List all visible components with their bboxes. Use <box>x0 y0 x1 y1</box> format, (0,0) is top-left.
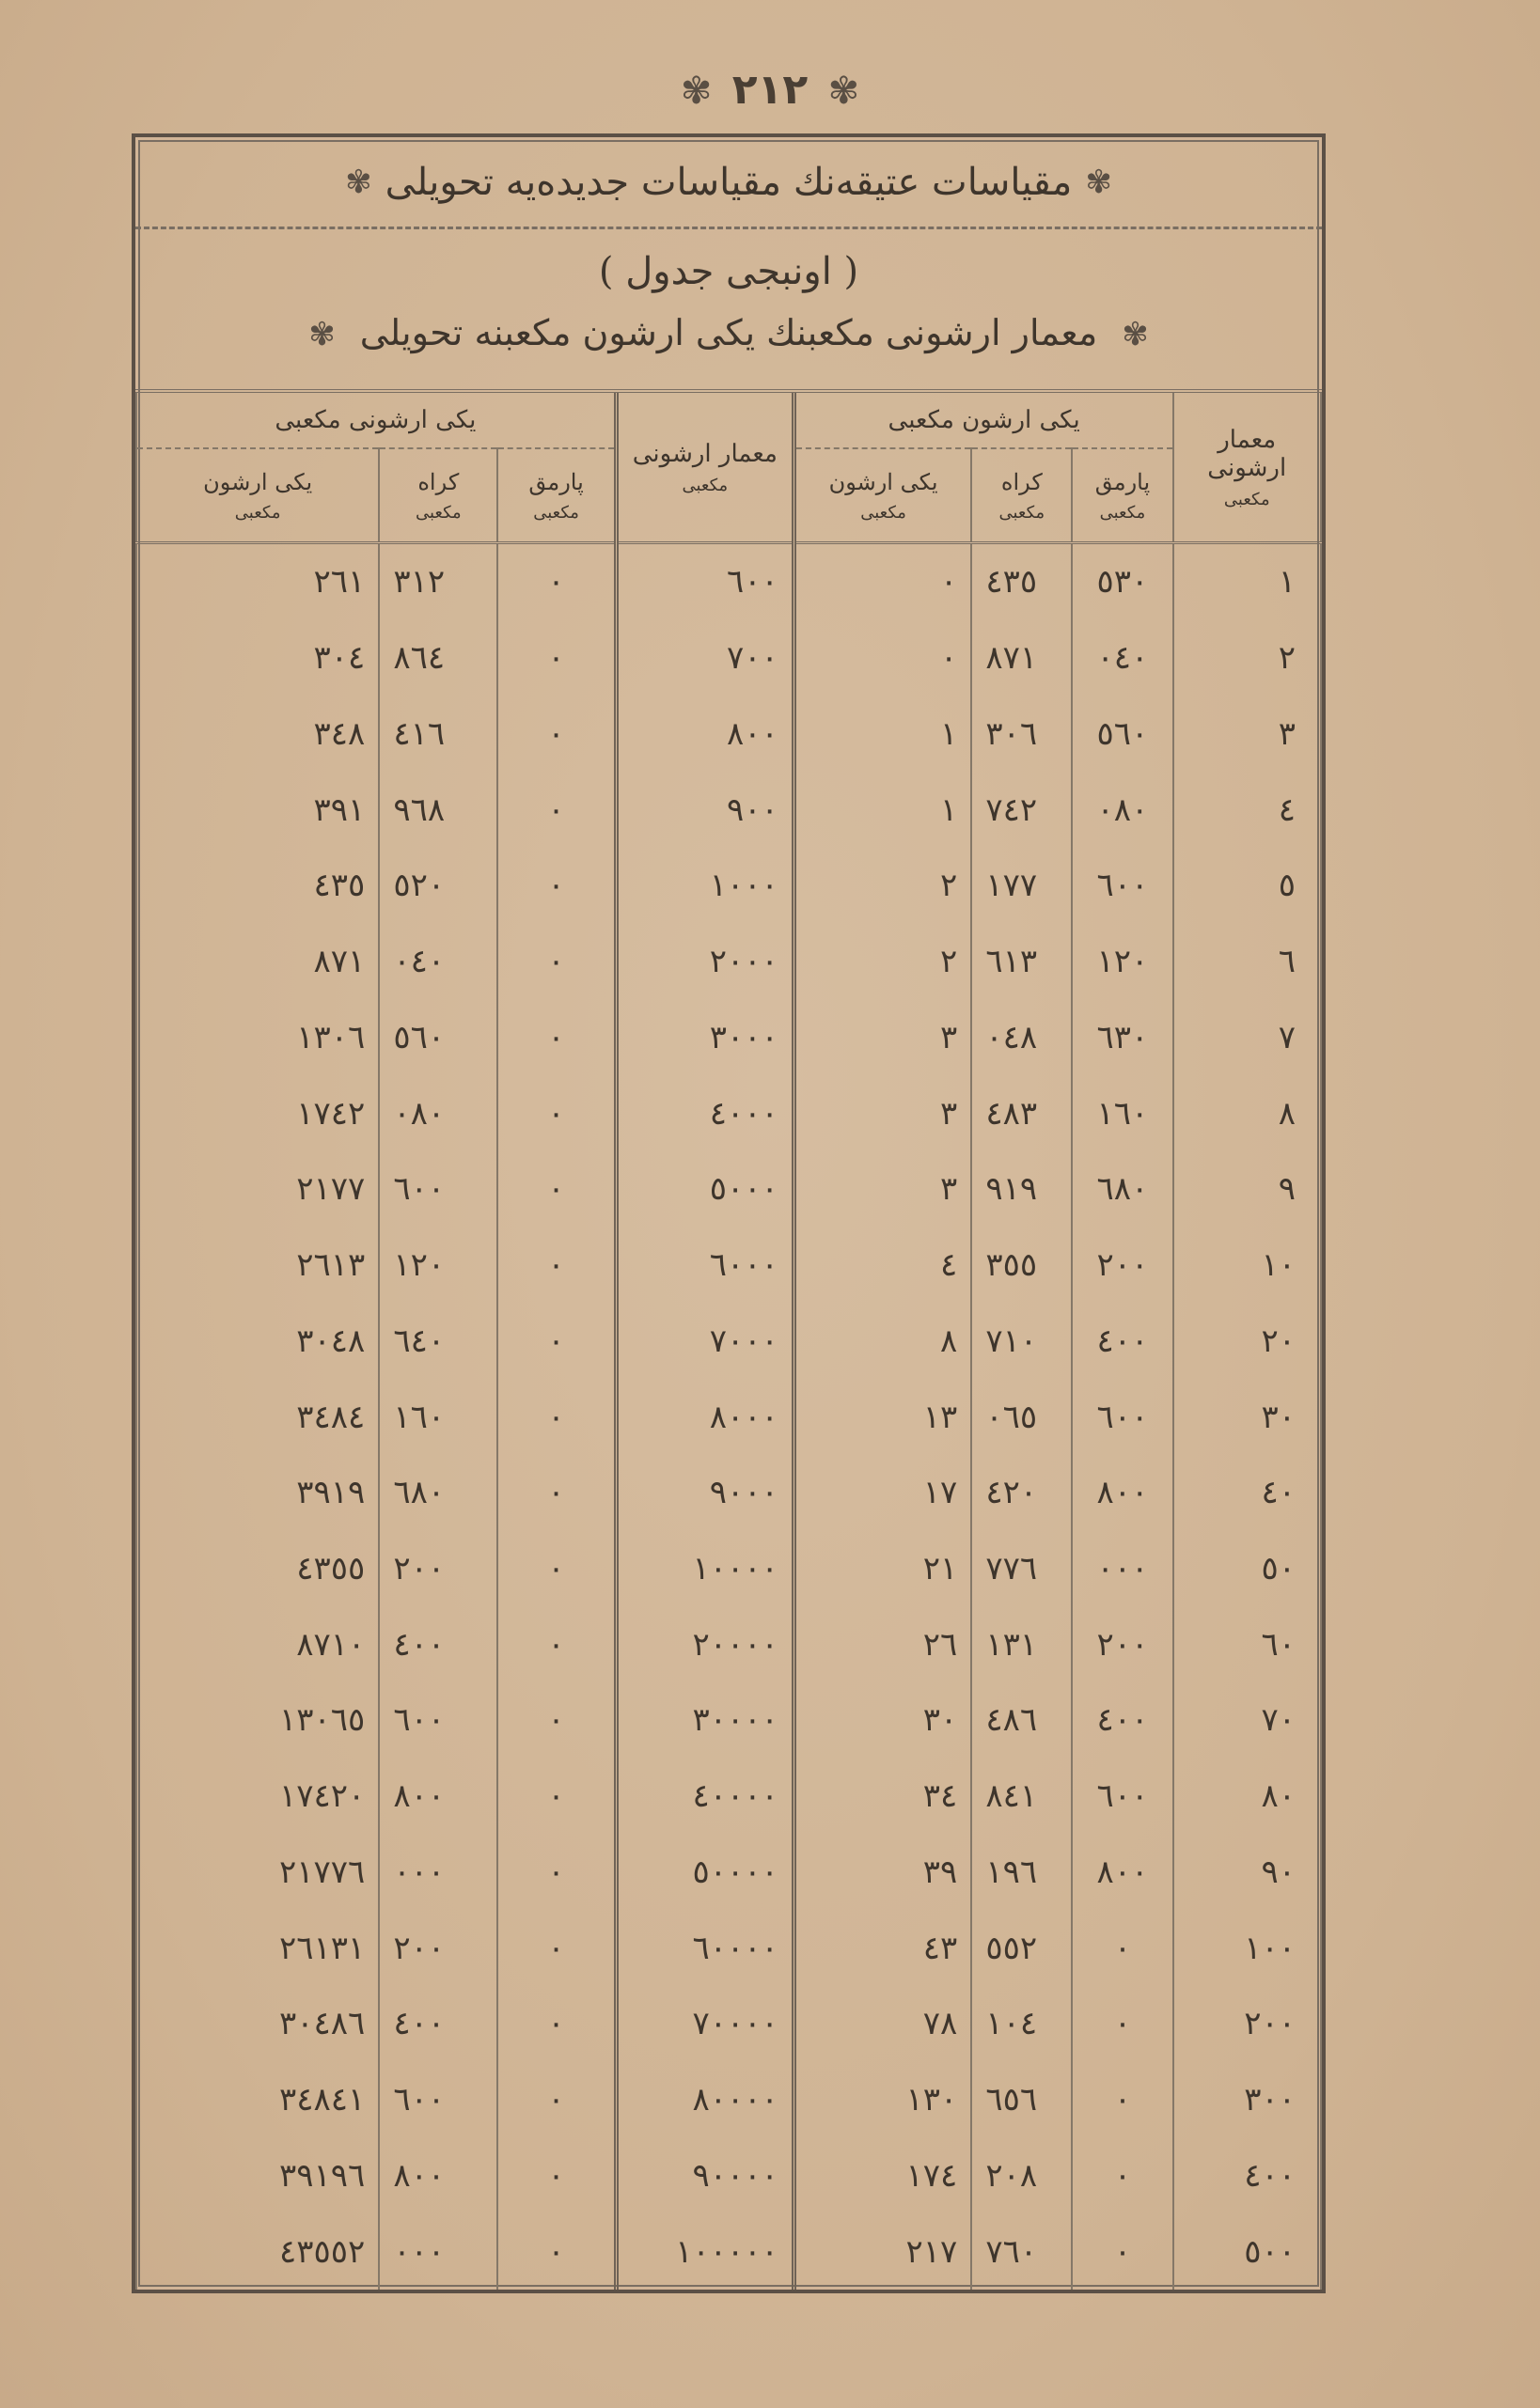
cell-right-arshin: ٢١ <box>794 1531 971 1607</box>
cell-right-arshin: ٤٣ <box>794 1910 971 1986</box>
cell-right-kerah: ٤٣٥ <box>971 543 1072 620</box>
cell-right-source: ٩٠ <box>1173 1835 1322 1911</box>
table-row: ٧٠ ٤٠٠ ٤٨٦ ٣٠ ٣٠٠٠٠ ٠ ٦٠٠ ١٣٠٦٥ <box>136 1682 1321 1759</box>
cell-right-source: ٤٠ <box>1173 1455 1322 1531</box>
cell-left-kerah: ٣١٢ <box>379 543 497 620</box>
cell-right-parmak: ١٦٠ <box>1072 1075 1172 1151</box>
table-row: ٢ ٠٤٠ ٨٧١ ٠ ٧٠٠ ٠ ٨٦٤ ٣٠٤ <box>136 620 1321 696</box>
cell-right-kerah: ٣٠٦ <box>971 696 1072 773</box>
cell-right-source: ٣٠ <box>1173 1379 1322 1455</box>
cell-left-kerah: ١٢٠ <box>379 1227 497 1304</box>
cell-left-parmak: ٠ <box>497 2137 616 2213</box>
table-row: ٤٠٠ ٠ ٢٠٨ ١٧٤ ٩٠٠٠٠ ٠ ٨٠٠ ٣٩١٩٦ <box>136 2137 1321 2213</box>
header-left-source: معمار ارشونى مكعبى <box>616 393 794 543</box>
cell-left-parmak: ٠ <box>497 543 616 620</box>
cell-left-arshin: ٢٦١٣١ <box>136 1910 379 1986</box>
header-left-kerah: كراه مكعبى <box>379 448 497 543</box>
cell-left-parmak: ٠ <box>497 848 616 924</box>
cell-left-parmak: ٠ <box>497 924 616 1000</box>
cell-right-arshin: ١٧ <box>794 1455 971 1531</box>
cell-right-parmak: ٠ <box>1072 2213 1172 2290</box>
table-body: ١ ٥٣٠ ٤٣٥ ٠ ٦٠٠ ٠ ٣١٢ ٢٦١ ٢ ٠٤٠ ٨٧١ ٠ ٧٠… <box>136 543 1321 2291</box>
cell-right-source: ٢ <box>1173 620 1322 696</box>
table-row: ٥ ٦٠٠ ١٧٧ ٢ ١٠٠٠ ٠ ٥٢٠ ٤٣٥ <box>136 848 1321 924</box>
table-row: ٤٠ ٨٠٠ ٤٢٠ ١٧ ٩٠٠٠ ٠ ٦٨٠ ٣٩١٩ <box>136 1455 1321 1531</box>
cell-right-kerah: ٦٥٦ <box>971 2062 1072 2138</box>
book-page: ✾ ٢١٢ ✾ ✾ مقياسات عتيقه‌نك مقياسات جديده… <box>0 0 1540 2408</box>
cell-right-arshin: ١٧٤ <box>794 2137 971 2213</box>
cell-left-kerah: ٥٦٠ <box>379 999 497 1075</box>
cell-left-arshin: ٤٣٥٥٢ <box>136 2213 379 2290</box>
cell-left-source: ٧٠٠٠ <box>616 1303 794 1379</box>
cell-right-arshin: ٣ <box>794 1075 971 1151</box>
cell-left-source: ٩٠٠٠٠ <box>616 2137 794 2213</box>
cell-right-parmak: ٥٦٠ <box>1072 696 1172 773</box>
cell-right-parmak: ٦٨٠ <box>1072 1151 1172 1227</box>
ornament-icon: ✾ <box>1108 316 1162 353</box>
table-row: ٧ ٦٣٠ ٠٤٨ ٣ ٣٠٠٠ ٠ ٥٦٠ ١٣٠٦ <box>136 999 1321 1075</box>
cell-right-parmak: ١٢٠ <box>1072 924 1172 1000</box>
page-number-text: ٢١٢ <box>732 66 809 114</box>
cell-right-parmak: ٨٠٠ <box>1072 1835 1172 1911</box>
table-row: ٤ ٠٨٠ ٧٤٢ ١ ٩٠٠ ٠ ٩٦٨ ٣٩١ <box>136 772 1321 848</box>
cell-right-kerah: ٧٦٠ <box>971 2213 1072 2290</box>
cell-right-kerah: ٣٥٥ <box>971 1227 1072 1304</box>
cell-right-source: ٧ <box>1173 999 1322 1075</box>
cell-left-parmak: ٠ <box>497 1682 616 1759</box>
cell-left-parmak: ٠ <box>497 1379 616 1455</box>
cell-left-parmak: ٠ <box>497 1151 616 1227</box>
cell-right-parmak: ٠ <box>1072 2137 1172 2213</box>
title-band: ✾ مقياسات عتيقه‌نك مقياسات جديده‌يه تحوي… <box>135 137 1322 229</box>
cell-left-source: ٧٠٠ <box>616 620 794 696</box>
header-left-group: يكى ارشونى مكعبى <box>136 393 616 448</box>
cell-right-kerah: ٩١٩ <box>971 1151 1072 1227</box>
cell-left-parmak: ٠ <box>497 1531 616 1607</box>
table-description-text: معمار ارشونى مكعبنك يكى ارشون مكعبنه تحو… <box>360 312 1097 353</box>
cell-right-kerah: ٠٤٨ <box>971 999 1072 1075</box>
cell-left-kerah: ٠٠٠ <box>379 1835 497 1911</box>
table-row: ٣ ٥٦٠ ٣٠٦ ١ ٨٠٠ ٠ ٤١٦ ٣٤٨ <box>136 696 1321 773</box>
cell-right-parmak: ٠ <box>1072 2062 1172 2138</box>
cell-right-arshin: ٨ <box>794 1303 971 1379</box>
cell-right-arshin: ٧٨ <box>794 1986 971 2062</box>
page-title: مقياسات عتيقه‌نك مقياسات جديده‌يه تحويلى <box>385 161 1073 204</box>
cell-left-source: ١٠٠٠ <box>616 848 794 924</box>
cell-right-source: ٢٠ <box>1173 1303 1322 1379</box>
cell-right-source: ٢٠٠ <box>1173 1986 1322 2062</box>
cell-right-arshin: ٣ <box>794 1151 971 1227</box>
table-row: ٣٠٠ ٠ ٦٥٦ ١٣٠ ٨٠٠٠٠ ٠ ٦٠٠ ٣٤٨٤١ <box>136 2062 1321 2138</box>
cell-right-kerah: ١٩٦ <box>971 1835 1072 1911</box>
cell-left-source: ٥٠٠٠ <box>616 1151 794 1227</box>
cell-right-arshin: ٣٩ <box>794 1835 971 1911</box>
cell-right-source: ١٠٠ <box>1173 1910 1322 1986</box>
cell-left-kerah: ٤٠٠ <box>379 1986 497 2062</box>
cell-right-source: ٣٠٠ <box>1173 2062 1322 2138</box>
cell-left-source: ٨٠٠٠ <box>616 1379 794 1455</box>
cell-left-source: ٣٠٠٠٠ <box>616 1682 794 1759</box>
cell-left-arshin: ٢١٧٧ <box>136 1151 379 1227</box>
cell-right-parmak: ٠٤٠ <box>1072 620 1172 696</box>
cell-right-source: ٤٠٠ <box>1173 2137 1322 2213</box>
cell-right-parmak: ٨٠٠ <box>1072 1455 1172 1531</box>
table-row: ٦ ١٢٠ ٦١٣ ٢ ٢٠٠٠ ٠ ٠٤٠ ٨٧١ <box>136 924 1321 1000</box>
cell-left-source: ١٠٠٠٠ <box>616 1531 794 1607</box>
cell-left-arshin: ١٣٠٦ <box>136 999 379 1075</box>
conversion-table: معمار ارشونى مكعبى يكى ارشون مكعبى معمار… <box>135 393 1322 2290</box>
subtitle-band: ( اونبجى جدول ) ✾ معمار ارشونى مكعبنك يك… <box>135 229 1322 393</box>
cell-left-parmak: ٠ <box>497 2213 616 2290</box>
table-row: ٩٠ ٨٠٠ ١٩٦ ٣٩ ٥٠٠٠٠ ٠ ٠٠٠ ٢١٧٧٦ <box>136 1835 1321 1911</box>
header-right-source: معمار ارشونى مكعبى <box>1173 393 1322 543</box>
ornament-icon: ✾ <box>823 70 866 113</box>
cell-right-arshin: ٢٦ <box>794 1606 971 1682</box>
cell-left-arshin: ١٧٤٢ <box>136 1075 379 1151</box>
cell-left-parmak: ٠ <box>497 1227 616 1304</box>
cell-right-arshin: ١ <box>794 696 971 773</box>
cell-left-kerah: ٢٠٠ <box>379 1910 497 1986</box>
cell-left-kerah: ٨٦٤ <box>379 620 497 696</box>
table-row: ١٠٠ ٠ ٥٥٢ ٤٣ ٦٠٠٠٠ ٠ ٢٠٠ ٢٦١٣١ <box>136 1910 1321 1986</box>
cell-left-source: ٢٠٠٠ <box>616 924 794 1000</box>
cell-right-kerah: ٢٠٨ <box>971 2137 1072 2213</box>
cell-left-parmak: ٠ <box>497 620 616 696</box>
cell-left-parmak: ٠ <box>497 1835 616 1911</box>
header-right-arshin: يكى ارشون مكعبى <box>794 448 971 543</box>
cell-left-parmak: ٠ <box>497 1303 616 1379</box>
table-row: ٣٠ ٦٠٠ ٠٦٥ ١٣ ٨٠٠٠ ٠ ١٦٠ ٣٤٨٤ <box>136 1379 1321 1455</box>
cell-right-arshin: ٢١٧ <box>794 2213 971 2290</box>
cell-left-kerah: ٦٠٠ <box>379 1151 497 1227</box>
cell-left-arshin: ٣٤٨ <box>136 696 379 773</box>
cell-right-kerah: ٠٦٥ <box>971 1379 1072 1455</box>
header-right-kerah: كراه مكعبى <box>971 448 1072 543</box>
cell-left-arshin: ٢٦١ <box>136 543 379 620</box>
cell-left-arshin: ٣٩١٩ <box>136 1455 379 1531</box>
cell-right-source: ٧٠ <box>1173 1682 1322 1759</box>
cell-left-parmak: ٠ <box>497 1606 616 1682</box>
cell-left-source: ٨٠٠ <box>616 696 794 773</box>
cell-left-arshin: ٣٤٨٤١ <box>136 2062 379 2138</box>
ornament-icon: ✾ <box>675 70 718 113</box>
cell-left-arshin: ١٧٤٢٠ <box>136 1759 379 1835</box>
cell-right-kerah: ٧٧٦ <box>971 1531 1072 1607</box>
cell-right-arshin: ٣٠ <box>794 1682 971 1759</box>
cell-right-source: ٥٠٠ <box>1173 2213 1322 2290</box>
cell-left-source: ٦٠٠ <box>616 543 794 620</box>
cell-right-arshin: ٣ <box>794 999 971 1075</box>
cell-left-arshin: ٢٦١٣ <box>136 1227 379 1304</box>
table-row: ٦٠ ٢٠٠ ١٣١ ٢٦ ٢٠٠٠٠ ٠ ٤٠٠ ٨٧١٠ <box>136 1606 1321 1682</box>
cell-right-kerah: ٨٧١ <box>971 620 1072 696</box>
cell-right-parmak: ٠٨٠ <box>1072 772 1172 848</box>
cell-left-arshin: ٣٩١ <box>136 772 379 848</box>
cell-left-kerah: ٨٠٠ <box>379 2137 497 2213</box>
table-row: ٥٠٠ ٠ ٧٦٠ ٢١٧ ١٠٠٠٠٠ ٠ ٠٠٠ ٤٣٥٥٢ <box>136 2213 1321 2290</box>
cell-right-parmak: ٠ <box>1072 1910 1172 1986</box>
cell-right-parmak: ٠ <box>1072 1986 1172 2062</box>
cell-left-parmak: ٠ <box>497 1759 616 1835</box>
cell-left-arshin: ٣٠٤ <box>136 620 379 696</box>
cell-right-parmak: ٦٠٠ <box>1072 848 1172 924</box>
cell-left-parmak: ٠ <box>497 1075 616 1151</box>
cell-right-source: ١ <box>1173 543 1322 620</box>
cell-left-kerah: ٤١٦ <box>379 696 497 773</box>
cell-left-arshin: ١٣٠٦٥ <box>136 1682 379 1759</box>
cell-left-arshin: ٤٣٥ <box>136 848 379 924</box>
conversion-table-wrap: معمار ارشونى مكعبى يكى ارشون مكعبى معمار… <box>135 393 1322 2290</box>
header-group-row: معمار ارشونى مكعبى يكى ارشون مكعبى معمار… <box>136 393 1321 448</box>
cell-right-source: ١٠ <box>1173 1227 1322 1304</box>
cell-right-source: ٥ <box>1173 848 1322 924</box>
cell-left-parmak: ٠ <box>497 696 616 773</box>
table-row: ٢٠٠ ٠ ١٠٤ ٧٨ ٧٠٠٠٠ ٠ ٤٠٠ ٣٠٤٨٦ <box>136 1986 1321 2062</box>
cell-left-source: ٨٠٠٠٠ <box>616 2062 794 2138</box>
cell-left-source: ٢٠٠٠٠ <box>616 1606 794 1682</box>
cell-right-kerah: ٨٤١ <box>971 1759 1072 1835</box>
cell-right-parmak: ٦٠٠ <box>1072 1379 1172 1455</box>
ornament-icon: ✾ <box>295 316 349 353</box>
cell-right-parmak: ٤٠٠ <box>1072 1303 1172 1379</box>
cell-left-source: ٣٠٠٠ <box>616 999 794 1075</box>
cell-left-kerah: ١٦٠ <box>379 1379 497 1455</box>
header-left-arshin: يكى ارشون مكعبى <box>136 448 379 543</box>
cell-right-arshin: ٤ <box>794 1227 971 1304</box>
cell-right-source: ٣ <box>1173 696 1322 773</box>
cell-left-parmak: ٠ <box>497 999 616 1075</box>
table-row: ١ ٥٣٠ ٤٣٥ ٠ ٦٠٠ ٠ ٣١٢ ٢٦١ <box>136 543 1321 620</box>
cell-left-source: ٤٠٠٠٠ <box>616 1759 794 1835</box>
cell-left-parmak: ٠ <box>497 2062 616 2138</box>
cell-left-arshin: ٨٧١٠ <box>136 1606 379 1682</box>
cell-left-kerah: ٠٨٠ <box>379 1075 497 1151</box>
cell-right-parmak: ٤٠٠ <box>1072 1682 1172 1759</box>
cell-left-kerah: ٢٠٠ <box>379 1531 497 1607</box>
cell-left-kerah: ٦٠٠ <box>379 2062 497 2138</box>
cell-left-arshin: ٢١٧٧٦ <box>136 1835 379 1911</box>
page-number: ✾ ٢١٢ ✾ <box>0 66 1540 114</box>
cell-left-kerah: ٦٠٠ <box>379 1682 497 1759</box>
cell-left-source: ٦٠٠٠٠ <box>616 1910 794 1986</box>
cell-right-arshin: ٢ <box>794 848 971 924</box>
cell-left-arshin: ٨٧١ <box>136 924 379 1000</box>
table-row: ٩ ٦٨٠ ٩١٩ ٣ ٥٠٠٠ ٠ ٦٠٠ ٢١٧٧ <box>136 1151 1321 1227</box>
cell-left-source: ٩٠٠٠ <box>616 1455 794 1531</box>
cell-left-kerah: ٩٦٨ <box>379 772 497 848</box>
cell-left-kerah: ٦٤٠ <box>379 1303 497 1379</box>
cell-right-parmak: ٢٠٠ <box>1072 1606 1172 1682</box>
cell-left-arshin: ٣٩١٩٦ <box>136 2137 379 2213</box>
cell-right-source: ٥٠ <box>1173 1531 1322 1607</box>
table-row: ٨ ١٦٠ ٤٨٣ ٣ ٤٠٠٠ ٠ ٠٨٠ ١٧٤٢ <box>136 1075 1321 1151</box>
cell-right-arshin: ١٣ <box>794 1379 971 1455</box>
cell-right-kerah: ٦١٣ <box>971 924 1072 1000</box>
cell-right-source: ٨ <box>1173 1075 1322 1151</box>
cell-right-kerah: ٤٨٦ <box>971 1682 1072 1759</box>
table-row: ٢٠ ٤٠٠ ٧١٠ ٨ ٧٠٠٠ ٠ ٦٤٠ ٣٠٤٨ <box>136 1303 1321 1379</box>
cell-left-source: ٤٠٠٠ <box>616 1075 794 1151</box>
cell-left-kerah: ٥٢٠ <box>379 848 497 924</box>
cell-right-kerah: ٤٢٠ <box>971 1455 1072 1531</box>
cell-left-parmak: ٠ <box>497 772 616 848</box>
cell-right-arshin: ٣٤ <box>794 1759 971 1835</box>
cell-left-kerah: ٤٠٠ <box>379 1606 497 1682</box>
cell-left-parmak: ٠ <box>497 1455 616 1531</box>
cell-right-source: ٨٠ <box>1173 1759 1322 1835</box>
header-right-group: يكى ارشون مكعبى <box>794 393 1172 448</box>
cell-left-arshin: ٤٣٥٥ <box>136 1531 379 1607</box>
cell-right-parmak: ٦٠٠ <box>1072 1759 1172 1835</box>
table-frame: ✾ مقياسات عتيقه‌نك مقياسات جديده‌يه تحوي… <box>132 133 1326 2293</box>
cell-right-arshin: ٠ <box>794 543 971 620</box>
cell-left-kerah: ٠٠٠ <box>379 2213 497 2290</box>
cell-right-arshin: ٠ <box>794 620 971 696</box>
cell-left-kerah: ٦٨٠ <box>379 1455 497 1531</box>
cell-left-arshin: ٣٤٨٤ <box>136 1379 379 1455</box>
cell-left-kerah: ٠٤٠ <box>379 924 497 1000</box>
cell-right-kerah: ١٠٤ <box>971 1986 1072 2062</box>
cell-left-source: ٦٠٠٠ <box>616 1227 794 1304</box>
cell-right-source: ٦ <box>1173 924 1322 1000</box>
header-right-parmak: پارمق مكعبى <box>1072 448 1172 543</box>
cell-right-parmak: ٥٣٠ <box>1072 543 1172 620</box>
cell-right-arshin: ١٣٠ <box>794 2062 971 2138</box>
cell-left-arshin: ٣٠٤٨ <box>136 1303 379 1379</box>
cell-right-kerah: ٥٥٢ <box>971 1910 1072 1986</box>
cell-right-kerah: ١٣١ <box>971 1606 1072 1682</box>
cell-left-kerah: ٨٠٠ <box>379 1759 497 1835</box>
cell-right-source: ٤ <box>1173 772 1322 848</box>
table-row: ٨٠ ٦٠٠ ٨٤١ ٣٤ ٤٠٠٠٠ ٠ ٨٠٠ ١٧٤٢٠ <box>136 1759 1321 1835</box>
cell-left-source: ١٠٠٠٠٠ <box>616 2213 794 2290</box>
cell-right-parmak: ٦٣٠ <box>1072 999 1172 1075</box>
cell-right-parmak: ٠٠٠ <box>1072 1531 1172 1607</box>
cell-right-kerah: ٧٤٢ <box>971 772 1072 848</box>
cell-right-arshin: ١ <box>794 772 971 848</box>
cell-right-kerah: ٤٨٣ <box>971 1075 1072 1151</box>
cell-right-source: ٩ <box>1173 1151 1322 1227</box>
cell-right-kerah: ١٧٧ <box>971 848 1072 924</box>
cell-right-parmak: ٢٠٠ <box>1072 1227 1172 1304</box>
cell-right-arshin: ٢ <box>794 924 971 1000</box>
ornament-icon: ✾ <box>1072 164 1125 201</box>
cell-left-source: ٥٠٠٠٠ <box>616 1835 794 1911</box>
header-left-parmak: پارمق مكعبى <box>497 448 616 543</box>
table-row: ١٠ ٢٠٠ ٣٥٥ ٤ ٦٠٠٠ ٠ ١٢٠ ٢٦١٣ <box>136 1227 1321 1304</box>
cell-left-parmak: ٠ <box>497 1986 616 2062</box>
table-description: ✾ معمار ارشونى مكعبنك يكى ارشون مكعبنه ت… <box>135 312 1322 353</box>
ornament-icon: ✾ <box>332 164 385 201</box>
cell-right-source: ٦٠ <box>1173 1606 1322 1682</box>
cell-left-source: ٩٠٠ <box>616 772 794 848</box>
table-label: ( اونبجى جدول ) <box>135 250 1322 293</box>
cell-left-source: ٧٠٠٠٠ <box>616 1986 794 2062</box>
cell-right-kerah: ٧١٠ <box>971 1303 1072 1379</box>
table-row: ٥٠ ٠٠٠ ٧٧٦ ٢١ ١٠٠٠٠ ٠ ٢٠٠ ٤٣٥٥ <box>136 1531 1321 1607</box>
cell-left-arshin: ٣٠٤٨٦ <box>136 1986 379 2062</box>
cell-left-parmak: ٠ <box>497 1910 616 1986</box>
